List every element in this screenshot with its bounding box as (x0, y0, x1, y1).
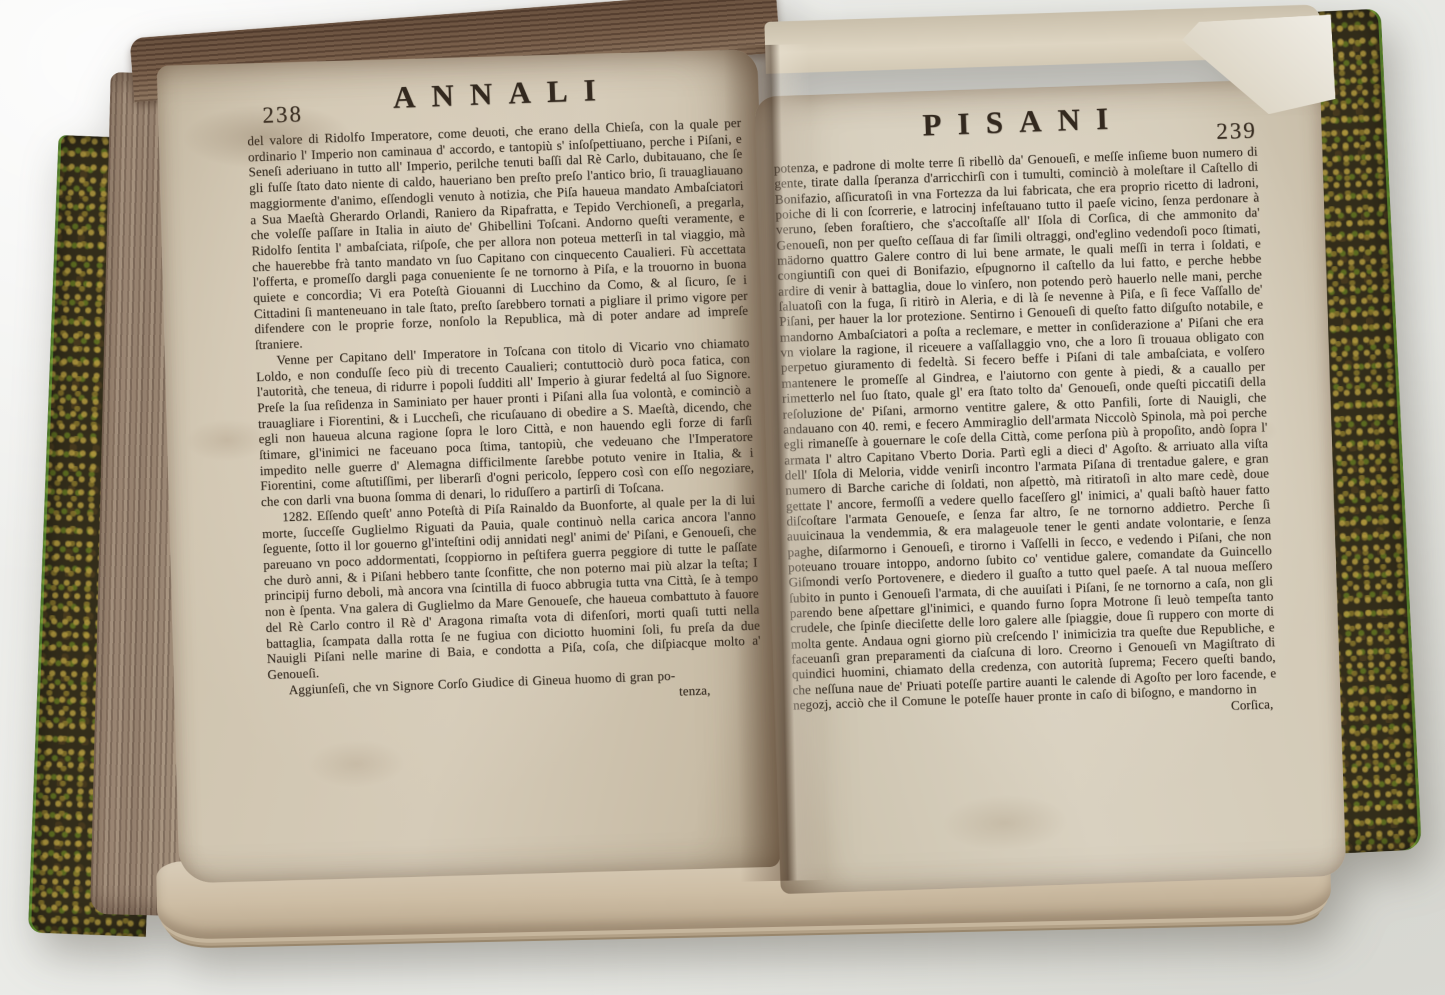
paragraph: del valore di Ridolfo Imperatore, come d… (247, 115, 749, 353)
left-page-text: del valore di Ridolfo Imperatore, come d… (247, 115, 762, 715)
right-page-text: potenza, e padrone di molte terre ſi rib… (774, 143, 1278, 729)
paragraph: Venne per Capitano dell' Imperatore in T… (255, 334, 755, 509)
photo-background: 238 ANNALI del valore di Ridolfo Imperat… (0, 0, 1445, 995)
paragraph: 1282. Eſſendo queſt' anno Poteſtà di Piſ… (261, 491, 761, 682)
right-page: PISANI 239 potenza, e padrone di molte t… (754, 78, 1346, 894)
page-number-left: 238 (262, 101, 303, 129)
running-title-right: PISANI (772, 91, 1259, 148)
left-page: 238 ANNALI del valore di Ridolfo Imperat… (157, 49, 781, 883)
page-number-right: 239 (1216, 117, 1257, 144)
running-title-left: ANNALI (245, 63, 743, 122)
antique-book: 238 ANNALI del valore di Ridolfo Imperat… (34, 0, 1405, 952)
paragraph: potenza, e padrone di molte terre ſi rib… (774, 143, 1277, 712)
